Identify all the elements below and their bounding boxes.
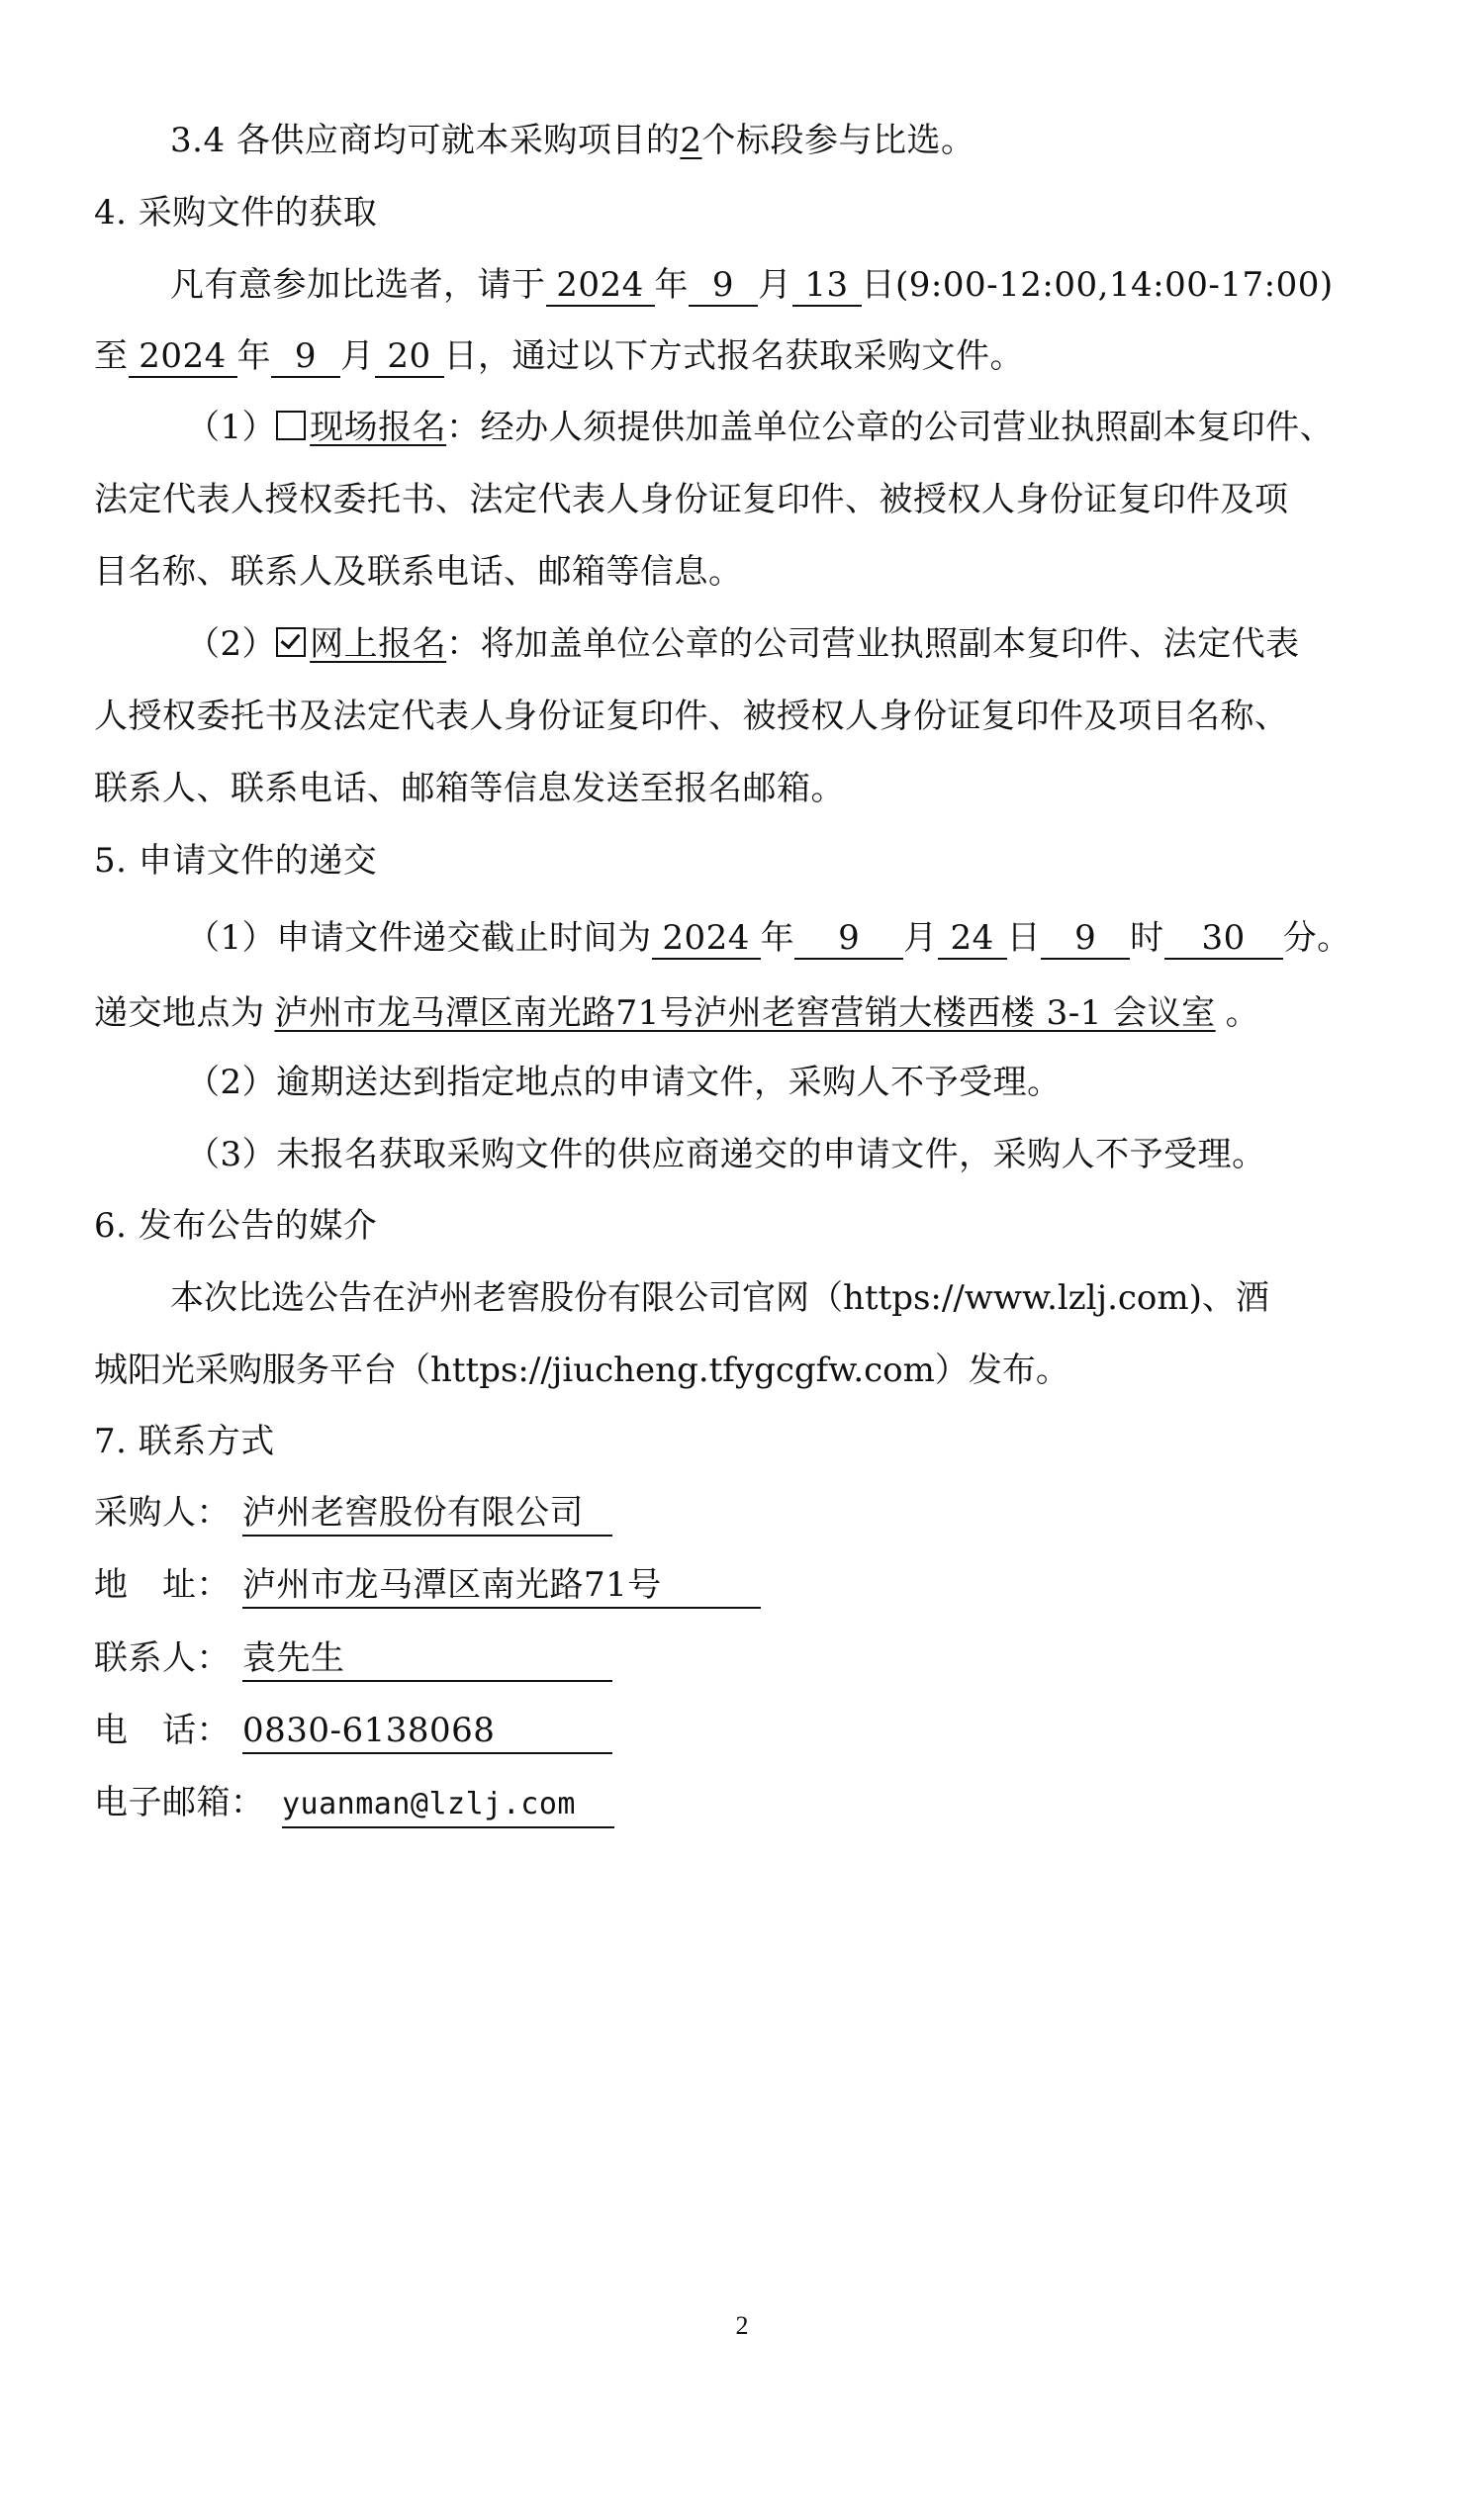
minute-label: 分。 [1283,918,1351,958]
option-label: 网上报名 [310,624,446,664]
deadline-day: 24 [938,918,1007,960]
unchecked-checkbox-icon [276,411,306,440]
month-label: 月 [758,265,792,305]
option1-line3: 目名称、联系人及联系电话、邮箱等信息。 [94,536,1380,608]
contact-person: 联系人：袁先生 [94,1623,1380,1695]
section-4-heading: 4. 采购文件的获取 [94,177,1380,249]
month-label: 月 [903,918,938,958]
month-label: 月 [340,336,375,376]
year-label: 年 [655,265,690,305]
submission-address: 泸州市龙马潭区南光路71号泸州老窖营销大楼西楼 3-1 会议室 [265,993,1226,1033]
phone-value: 0830-6138068 [242,1709,612,1754]
to-label: 至 [94,336,129,376]
lot-count: 2 [680,121,701,160]
purchaser-value: 泸州老窖股份有限公司 [242,1491,612,1537]
online-registration-label: 网上报名 [276,624,446,664]
option1-line2: 法定代表人授权委托书、法定代表人身份证复印件、被授权人身份证复印件及项 [94,464,1380,536]
option-text: 经办人须提供加盖单位公章的公司营业执照副本复印件、 [481,408,1335,447]
item-3-4: 3.4 各供应商均可就本采购项目的2个标段参与比选。 [170,105,1456,177]
contact-person-label: 联系人： [94,1623,242,1695]
purchaser-label: 采购人： [94,1477,242,1549]
intro-text: 凡有意参加比选者，请于 [170,265,546,305]
contact-phone: 电 话：0830-6138068 [94,1695,1380,1767]
media-line-1: 本次比选公告在泸州老窖股份有限公司官网（https://www.lzlj.com… [170,1262,1456,1335]
deadline-minute: 30 [1164,918,1283,960]
address-label: 地 址： [94,1549,242,1622]
page-number: 2 [724,2311,760,2341]
contact-person-value: 袁先生 [242,1636,612,1682]
deadline-month: 9 [794,918,903,960]
location-prefix: 递交地点为 [94,993,265,1033]
start-year: 2024 [546,265,655,307]
location-suffix: 。 [1226,993,1260,1033]
unregistered-submission-rule: （3）未报名获取采购文件的供应商递交的申请文件，采购人不予受理。 [186,1119,1472,1191]
option2-line2: 人授权委托书及法定代表人身份证复印件、被授权人身份证复印件及项目名称、 [94,681,1380,753]
contact-email: 电子邮箱：yuanman@lzlj.com [94,1767,1380,1839]
contact-address: 地 址：泸州市龙马潭区南光路71号 [94,1549,1380,1622]
submission-deadline-line: （1）申请文件递交截止时间为2024年9月24日9时30分。 [186,902,1472,975]
year-label: 年 [761,918,795,958]
checked-checkbox-icon [276,627,306,657]
end-day: 20 [375,336,444,378]
colon: ： [446,624,481,664]
start-day: 13 [792,265,862,307]
option-online-registration: （2）网上报名：将加盖单位公章的公司营业执照副本复印件、法定代表 [186,608,1472,681]
hour-label: 时 [1130,918,1164,958]
option-label: 现场报名 [310,408,446,447]
item-3-4-suffix: 个标段参与比选。 [702,121,975,160]
email-value[interactable]: yuanman@lzlj.com [282,1783,614,1828]
deadline-year: 2024 [652,918,761,960]
email-label: 电子邮箱： [94,1767,282,1839]
acquisition-period-line: 凡有意参加比选者，请于2024年9月13日(9:00-12:00,14:00-1… [170,249,1456,322]
section-5-heading: 5. 申请文件的递交 [94,825,1380,897]
deadline-prefix: （1）申请文件递交截止时间为 [186,918,652,958]
option2-line3: 联系人、联系电话、邮箱等信息发送至报名邮箱。 [94,753,1380,825]
acquisition-end-line: 至2024年9月20日，通过以下方式报名获取采购文件。 [94,321,1380,393]
option-text: 将加盖单位公章的公司营业执照副本复印件、法定代表 [481,624,1300,664]
end-month: 9 [271,336,340,378]
option-onsite-registration: （1）现场报名：经办人须提供加盖单位公章的公司营业执照副本复印件、 [186,392,1472,464]
contact-purchaser: 采购人：泸州老窖股份有限公司 [94,1477,1380,1549]
day-label: 日 [862,265,896,305]
start-month: 9 [689,265,758,307]
deadline-hour: 9 [1041,918,1130,960]
year-label: 年 [237,336,272,376]
document-page: 3.4 各供应商均可就本采购项目的2个标段参与比选。 4. 采购文件的获取 凡有… [0,0,1484,2517]
late-submission-rule: （2）逾期送达到指定地点的申请文件，采购人不予受理。 [186,1047,1472,1119]
option-number: （2） [186,624,276,664]
media-line-2: 城阳光采购服务平台（https://jiucheng.tfygcgfw.com）… [94,1335,1380,1407]
section-6-heading: 6. 发布公告的媒介 [94,1190,1380,1262]
end-year: 2024 [129,336,237,378]
office-hours: (9:00-12:00,14:00-17:00) [895,265,1334,305]
intro-suffix: 日，通过以下方式报名获取采购文件。 [444,336,1025,376]
submission-location-line: 递交地点为泸州市龙马潭区南光路71号泸州老窖营销大楼西楼 3-1 会议室。 [94,978,1380,1050]
item-3-4-prefix: 3.4 各供应商均可就本采购项目的 [170,121,680,160]
section-7-heading: 7. 联系方式 [94,1406,1380,1478]
address-value: 泸州市龙马潭区南光路71号 [242,1563,761,1609]
phone-label: 电 话： [94,1695,242,1767]
option-number: （1） [186,408,276,447]
day-label: 日 [1007,918,1042,958]
onsite-registration-label: 现场报名 [276,408,446,447]
colon: ： [446,408,481,447]
